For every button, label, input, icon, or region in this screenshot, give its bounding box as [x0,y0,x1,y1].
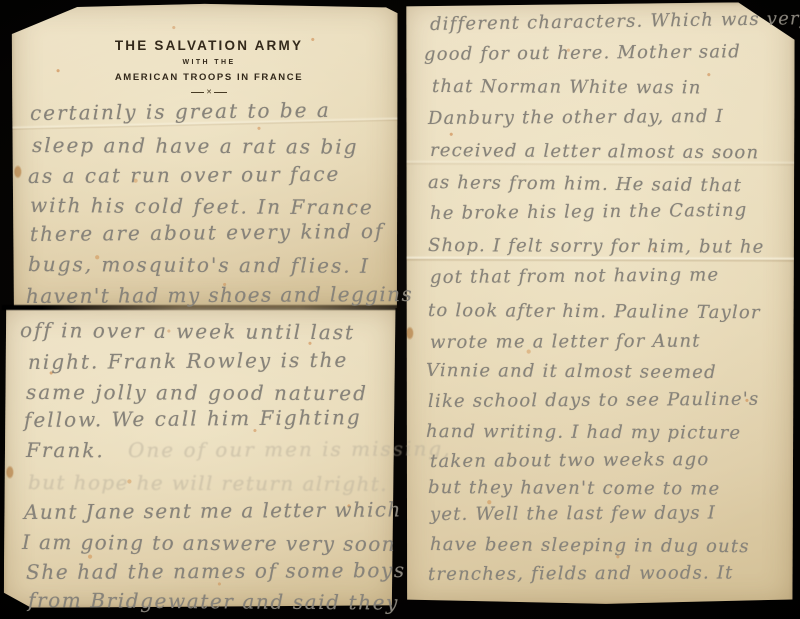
handwriting-line: hand writing. I had my picture [426,421,741,444]
handwriting-line: have been sleeping in dug outs [430,534,750,557]
handwriting-line: as hers from him. He said that [428,172,742,196]
handwriting-line: trenches, fields and woods. It [428,562,734,585]
handwriting-line: taken about two weeks ago [430,449,709,472]
handwriting-line: Vinnie and it almost seemed [426,360,717,383]
handwriting-line: that Norman White was in [432,76,702,98]
handwriting-line: got that from not having me [430,264,720,288]
scanned-letter: THE SALVATION ARMY WITH THE AMERICAN TRO… [0,0,800,619]
handwriting-line: different characters. Which was very [430,8,800,35]
handwriting-line: but they haven't come to me [428,477,720,500]
handwriting-line: received a letter almost as soon [430,140,759,163]
handwriting-line: to look after him. Pauline Taylor [428,300,761,323]
handwriting-line: like school days to see Pauline's [428,389,760,412]
handwriting-line: he broke his leg in the Casting [430,200,748,224]
right-page-handwriting: different characters. Which was verygood… [0,0,800,619]
handwriting-line: yet. Well the last few days I [430,503,716,525]
handwriting-line: Danbury the other day, and I [428,106,724,129]
handwriting-line: wrote me a letter for Aunt [430,331,701,353]
handwriting-line: Shop. I felt sorry for him, but he [428,235,765,258]
handwriting-line: good for out here. Mother said [424,41,741,65]
